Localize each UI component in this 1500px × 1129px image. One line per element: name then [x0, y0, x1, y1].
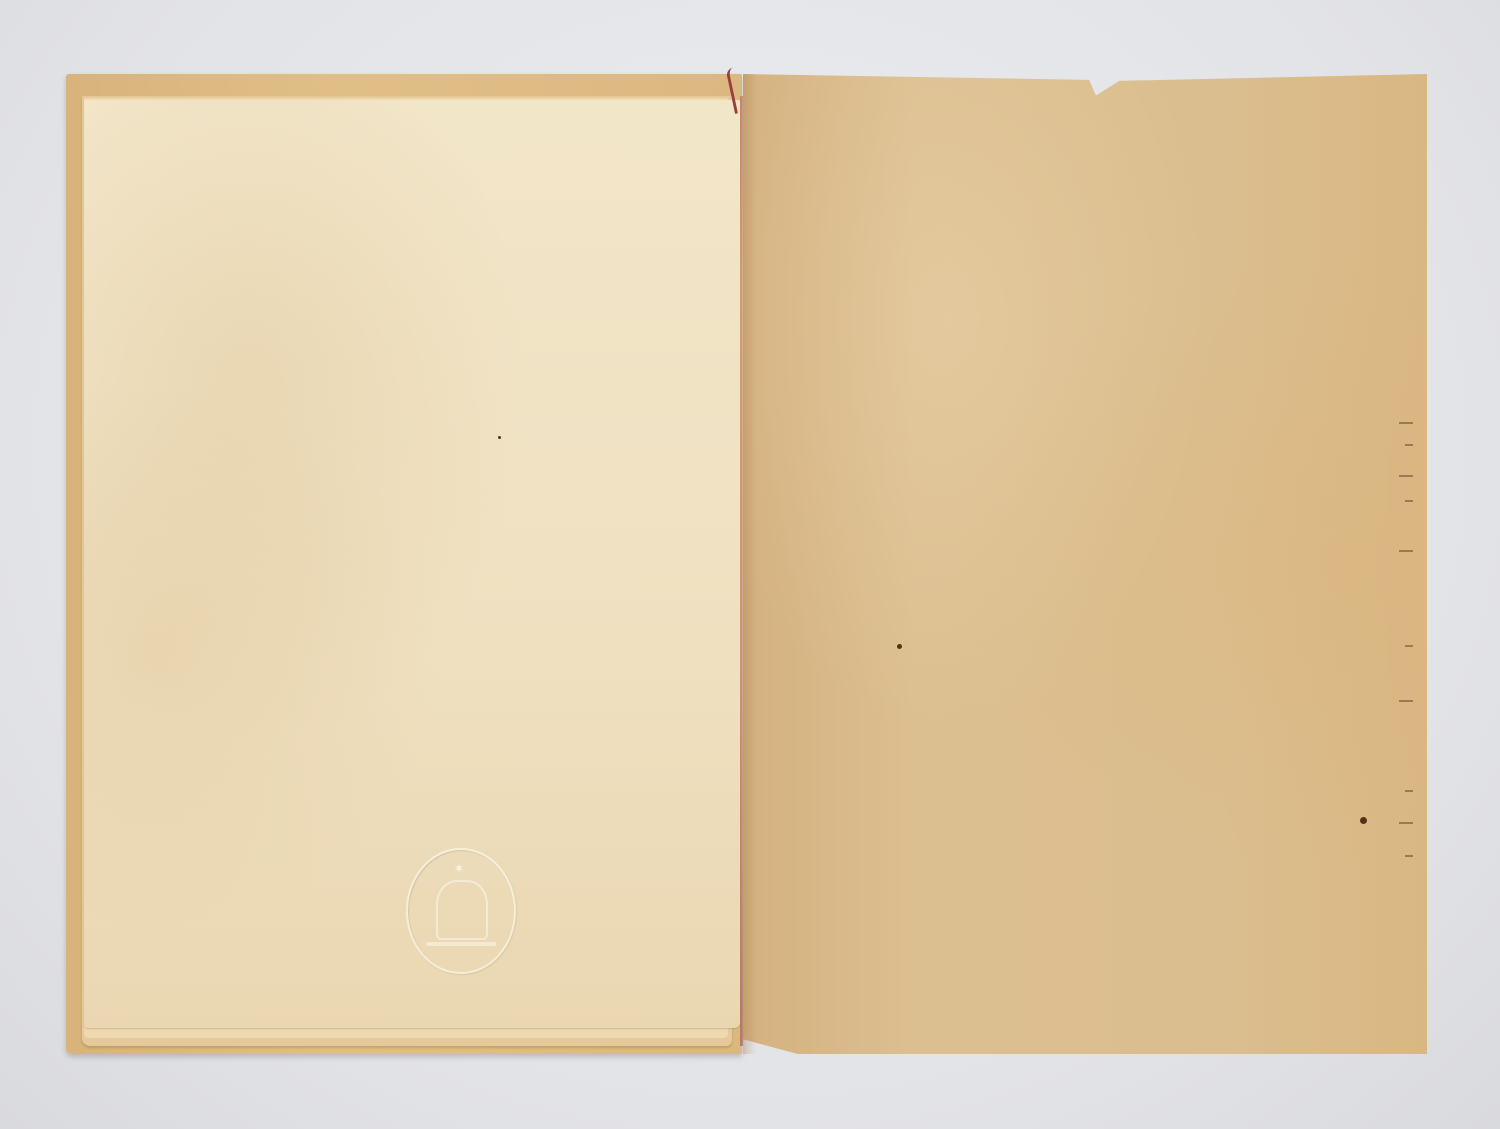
edge-tick-mark	[1399, 475, 1413, 477]
stain-spot	[897, 644, 902, 649]
edge-tick-mark	[1405, 500, 1413, 502]
edge-tick-mark	[1399, 822, 1413, 824]
edge-tick-mark	[1399, 550, 1413, 552]
embossed-seal-icon: ✶	[406, 848, 516, 974]
edge-tick-mark	[1405, 855, 1413, 857]
stain-spot	[1360, 817, 1367, 824]
edge-tick-mark	[1399, 700, 1413, 702]
seal-base	[426, 942, 496, 946]
edge-tick-mark	[1405, 790, 1413, 792]
right-page-gutter-shadow	[743, 74, 757, 1054]
stain-spot	[498, 436, 501, 439]
seal-figure	[436, 880, 488, 940]
edge-tick-mark	[1405, 444, 1413, 446]
edge-tick-mark	[1405, 645, 1413, 647]
seal-star-icon: ✶	[452, 862, 466, 876]
right-page	[743, 74, 1427, 1054]
edge-tick-mark	[1399, 422, 1413, 424]
